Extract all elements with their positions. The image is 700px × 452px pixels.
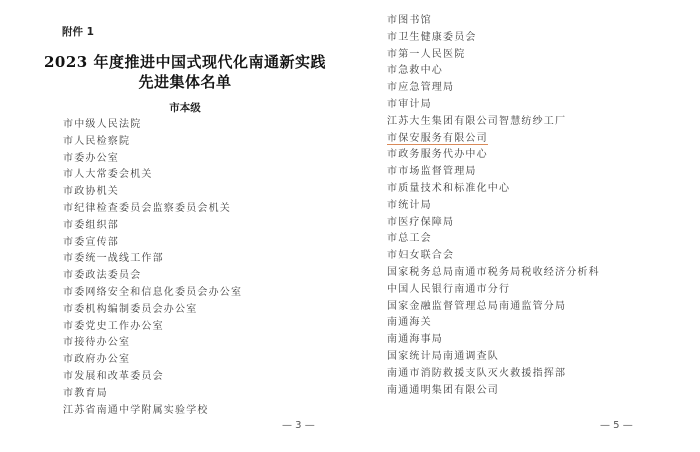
organization-list-left: 市中级人民法院 市人民检察院 市委办公室 市人大常委会机关 市政协机关 市纪律检… xyxy=(63,117,242,419)
document-title-line1: 2023 年度推进中国式现代化南通新实践 xyxy=(10,52,360,72)
list-item: 市委组织部 xyxy=(63,218,242,235)
list-item: 中国人民银行南通市分行 xyxy=(387,282,600,299)
list-item: 市委机构编制委员会办公室 xyxy=(63,302,242,319)
list-item: 市中级人民法院 xyxy=(63,117,242,134)
page-number-right: — 5 — xyxy=(600,420,633,431)
list-item: 市人大常委会机关 xyxy=(63,167,242,184)
list-item: 市统计局 xyxy=(387,198,600,215)
list-item: 南通市消防救援支队灭火救援指挥部 xyxy=(387,366,600,383)
list-item: 市政务服务代办中心 xyxy=(387,147,600,164)
list-item: 江苏大生集团有限公司智慧纺纱工厂 xyxy=(387,114,600,131)
list-item: 国家统计局南通调查队 xyxy=(387,349,600,366)
attachment-label: 附件 1 xyxy=(62,24,94,39)
right-page: 市图书馆 市卫生健康委员会 市第一人民医院 市急救中心 市应急管理局 市审计局 … xyxy=(350,0,700,452)
list-item: 市审计局 xyxy=(387,97,600,114)
page-number-left: — 3 — xyxy=(282,420,315,431)
list-item: 市接待办公室 xyxy=(63,335,242,352)
list-item: 市妇女联合会 xyxy=(387,248,600,265)
section-heading: 市本级 xyxy=(10,100,360,115)
list-item: 市发展和改革委员会 xyxy=(63,369,242,386)
list-item: 市委网络安全和信息化委员会办公室 xyxy=(63,285,242,302)
list-item: 国家税务总局南通市税务局税收经济分析科 xyxy=(387,265,600,282)
list-item: 市应急管理局 xyxy=(387,80,600,97)
list-item: 市急救中心 xyxy=(387,63,600,80)
list-item: 市教育局 xyxy=(63,386,242,403)
list-item: 市政协机关 xyxy=(63,184,242,201)
document-title-line2: 先进集体名单 xyxy=(10,72,360,92)
list-item: 市委政法委员会 xyxy=(63,268,242,285)
list-item: 国家金融监督管理总局南通监管分局 xyxy=(387,299,600,316)
list-item: 市质量技术和标准化中心 xyxy=(387,181,600,198)
list-item: 市卫生健康委员会 xyxy=(387,30,600,47)
list-item: 市人民检察院 xyxy=(63,134,242,151)
list-item-highlighted: 市保安服务有限公司 xyxy=(387,131,600,148)
list-item: 市医疗保障局 xyxy=(387,215,600,232)
list-item: 市委党史工作办公室 xyxy=(63,319,242,336)
left-page: 附件 1 2023 年度推进中国式现代化南通新实践 先进集体名单 市本级 市中级… xyxy=(0,0,350,452)
list-item: 市委办公室 xyxy=(63,151,242,168)
list-item: 市纪律检查委员会监察委员会机关 xyxy=(63,201,242,218)
list-item: 南通海事局 xyxy=(387,332,600,349)
list-item: 市图书馆 xyxy=(387,13,600,30)
list-item: 市总工会 xyxy=(387,231,600,248)
list-item: 市委宣传部 xyxy=(63,235,242,252)
list-item: 市市场监督管理局 xyxy=(387,164,600,181)
list-item: 南通海关 xyxy=(387,315,600,332)
list-item: 南通通明集团有限公司 xyxy=(387,383,600,400)
list-item: 市政府办公室 xyxy=(63,352,242,369)
list-item: 市委统一战线工作部 xyxy=(63,251,242,268)
organization-list-right: 市图书馆 市卫生健康委员会 市第一人民医院 市急救中心 市应急管理局 市审计局 … xyxy=(387,13,600,399)
list-item: 市第一人民医院 xyxy=(387,47,600,64)
list-item: 江苏省南通中学附属实验学校 xyxy=(63,403,242,420)
